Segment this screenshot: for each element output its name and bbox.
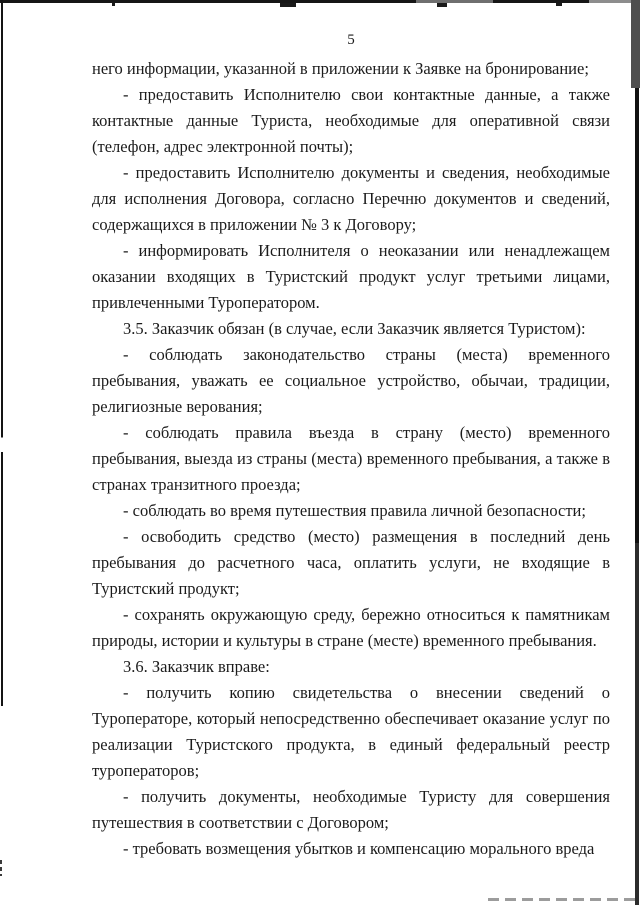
- paragraph-clause-3-5: 3.5. Заказчик обязан (в случае, если Зак…: [92, 316, 610, 342]
- scan-edge-right-top: [631, 0, 640, 88]
- paragraph: - информировать Исполнителя о неоказании…: [92, 238, 610, 316]
- paragraph: - соблюдать правила въезда в страну (мес…: [92, 420, 610, 498]
- paragraph: - соблюдать во время путешествия правила…: [92, 498, 610, 524]
- scan-edge-top: [0, 0, 640, 3]
- document-body: него информации, указанной в приложении …: [92, 56, 610, 862]
- scan-speck: [280, 3, 296, 7]
- paragraph: - требовать возмещения убытков и компенс…: [92, 836, 610, 862]
- paragraph: - сохранять окружающую среду, бережно от…: [92, 602, 610, 654]
- scanned-document-page: 5 него информации, указанной в приложени…: [0, 0, 640, 905]
- paragraph: - соблюдать законодательство страны (мес…: [92, 342, 610, 420]
- scan-speck: [437, 3, 447, 7]
- paragraph: - предоставить Исполнителю свои контактн…: [92, 82, 610, 160]
- scan-speck: [112, 3, 115, 6]
- page-number: 5: [92, 31, 610, 49]
- paragraph: - получить копию свидетельства о внесени…: [92, 680, 610, 784]
- paragraph: - освободить средство (место) размещения…: [92, 524, 610, 602]
- paragraph-clause-3-6: 3.6. Заказчик вправе:: [92, 654, 610, 680]
- scan-dashes-bottom-right: [488, 898, 638, 901]
- scan-speck: [556, 3, 562, 6]
- scan-edge-left-marks: [0, 860, 2, 876]
- paragraph: - предоставить Исполнителю документы и с…: [92, 160, 610, 238]
- paragraph: - получить документы, необходимые Турист…: [92, 784, 610, 836]
- scan-edge-left: [1, 0, 3, 706]
- paragraph-continuation: него информации, указанной в приложении …: [92, 56, 610, 82]
- scan-edge-right: [635, 0, 639, 905]
